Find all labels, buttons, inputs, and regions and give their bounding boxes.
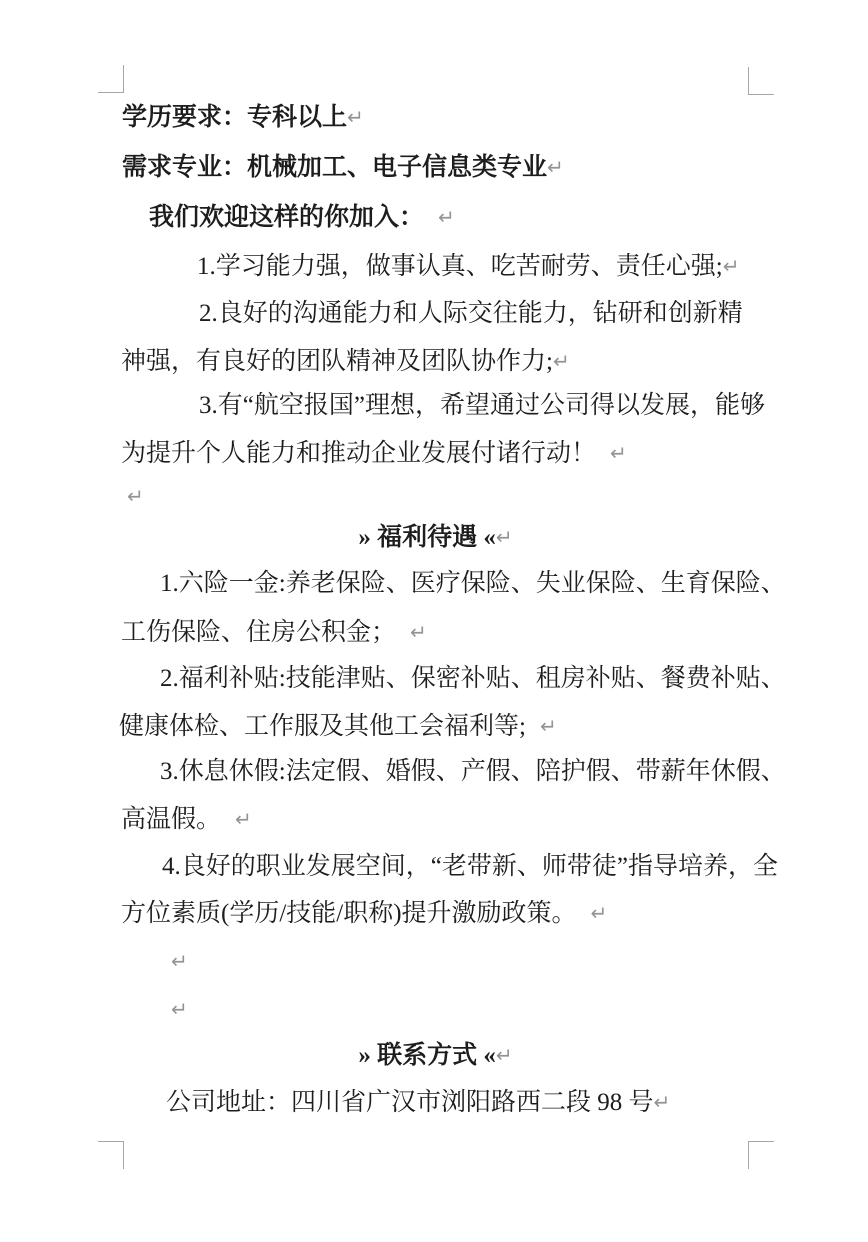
document-page: 学历要求：专科以上↵ 需求专业：机械加工、电子信息类专业↵ 我们欢迎这样的你加入… bbox=[0, 0, 868, 1242]
paragraph-mark-icon: ↵ bbox=[410, 620, 427, 644]
line-text: 健康体检、工作服及其他工会福利等; bbox=[119, 713, 526, 740]
doc-line-welcome-item-2a: 2.良好的沟通能力和人际交往能力，钻研和创新精 bbox=[199, 298, 743, 330]
line-text: 3.有“航空报国”理想，希望通过公司得以发展，能够 bbox=[199, 392, 765, 419]
doc-line-contact-heading: » 联系方式 «↵ bbox=[123, 1039, 748, 1072]
line-text: » 联系方式 « bbox=[358, 1042, 496, 1069]
line-text: 神强，有良好的团队精神及团队协作力; bbox=[121, 348, 553, 375]
paragraph-mark-icon: ↵ bbox=[127, 484, 144, 508]
doc-line-company-address: 公司地址：四川省广汉市浏阳路西二段 98 号↵ bbox=[166, 1086, 670, 1119]
doc-line-benefit-2a: 2.福利补贴:技能津贴、保密补贴、租房补贴、餐费补贴、 bbox=[160, 663, 786, 695]
paragraph-mark-icon: ↵ bbox=[347, 105, 364, 129]
doc-line-welcome-item-3b: 为提升个人能力和推动企业发展付诸行动！↵ bbox=[121, 437, 627, 470]
doc-line-empty: ↵ bbox=[171, 993, 188, 1026]
doc-line-major-requirement: 需求专业：机械加工、电子信息类专业↵ bbox=[122, 151, 564, 184]
paragraph-mark-icon: ↵ bbox=[438, 205, 455, 229]
line-text: 工伤保险、住房公积金； bbox=[121, 619, 396, 646]
doc-line-welcome-item-2b: 神强，有良好的团队精神及团队协作力;↵ bbox=[121, 345, 570, 378]
paragraph-mark-icon: ↵ bbox=[235, 807, 252, 831]
line-text: 1.六险一金:养老保险、医疗保险、失业保险、生育保险、 bbox=[160, 570, 786, 597]
line-text: 需求专业：机械加工、电子信息类专业 bbox=[122, 154, 547, 181]
paragraph-mark-icon: ↵ bbox=[496, 525, 513, 549]
paragraph-mark-icon: ↵ bbox=[591, 901, 608, 925]
text-boundary-mark-top-left bbox=[98, 65, 124, 93]
line-text: 方位素质(学历/技能/职称)提升激励政策。 bbox=[121, 900, 577, 927]
line-text: 学历要求：专科以上 bbox=[122, 104, 347, 131]
paragraph-mark-icon: ↵ bbox=[553, 349, 570, 373]
paragraph-mark-icon: ↵ bbox=[496, 1043, 513, 1067]
line-text: 公司地址：四川省广汉市浏阳路西二段 98 号 bbox=[166, 1089, 654, 1116]
paragraph-mark-icon: ↵ bbox=[723, 254, 740, 278]
paragraph-mark-icon: ↵ bbox=[610, 441, 627, 465]
doc-line-welcome-item-3a: 3.有“航空报国”理想，希望通过公司得以发展，能够 bbox=[199, 390, 765, 422]
doc-line-benefit-2b: 健康体检、工作服及其他工会福利等;↵ bbox=[119, 710, 557, 743]
doc-line-education-requirement: 学历要求：专科以上↵ bbox=[122, 101, 364, 134]
paragraph-mark-icon: ↵ bbox=[654, 1090, 671, 1114]
text-boundary-mark-bottom-right bbox=[748, 1141, 774, 1169]
line-text: 4.良好的职业发展空间，“老带新、师带徒”指导培养，全 bbox=[162, 853, 778, 880]
line-text: 我们欢迎这样的你加入： bbox=[149, 204, 424, 231]
text-boundary-mark-top-right bbox=[748, 67, 774, 95]
doc-line-empty: ↵ bbox=[127, 480, 144, 513]
line-text: 为提升个人能力和推动企业发展付诸行动！ bbox=[121, 440, 596, 467]
doc-line-benefit-3b: 高温假。↵ bbox=[121, 803, 252, 836]
line-text: 2.福利补贴:技能津贴、保密补贴、租房补贴、餐费补贴、 bbox=[160, 665, 786, 692]
doc-line-benefit-3a: 3.休息休假:法定假、婚假、产假、陪护假、带薪年休假、 bbox=[160, 756, 786, 788]
line-text: » 福利待遇 « bbox=[358, 524, 496, 551]
paragraph-mark-icon: ↵ bbox=[547, 155, 564, 179]
doc-line-benefits-heading: » 福利待遇 «↵ bbox=[123, 521, 748, 554]
paragraph-mark-icon: ↵ bbox=[171, 949, 188, 973]
doc-line-empty: ↵ bbox=[171, 945, 188, 978]
doc-line-welcome-heading: 我们欢迎这样的你加入：↵ bbox=[149, 201, 455, 234]
line-text: 2.良好的沟通能力和人际交往能力，钻研和创新精 bbox=[199, 300, 743, 327]
line-text: 1.学习能力强，做事认真、吃苦耐劳、责任心强; bbox=[197, 253, 723, 280]
paragraph-mark-icon: ↵ bbox=[540, 714, 557, 738]
doc-line-benefit-4b: 方位素质(学历/技能/职称)提升激励政策。↵ bbox=[121, 897, 607, 930]
line-text: 3.休息休假:法定假、婚假、产假、陪护假、带薪年休假、 bbox=[160, 758, 786, 785]
doc-line-welcome-item-1: 1.学习能力强，做事认真、吃苦耐劳、责任心强;↵ bbox=[197, 250, 739, 283]
line-text: 高温假。 bbox=[121, 806, 221, 833]
doc-line-benefit-1b: 工伤保险、住房公积金；↵ bbox=[121, 616, 427, 649]
doc-line-benefit-4a: 4.良好的职业发展空间，“老带新、师带徒”指导培养，全 bbox=[162, 851, 778, 883]
doc-line-benefit-1a: 1.六险一金:养老保险、医疗保险、失业保险、生育保险、 bbox=[160, 568, 786, 600]
text-boundary-mark-bottom-left bbox=[98, 1141, 124, 1169]
paragraph-mark-icon: ↵ bbox=[171, 997, 188, 1021]
